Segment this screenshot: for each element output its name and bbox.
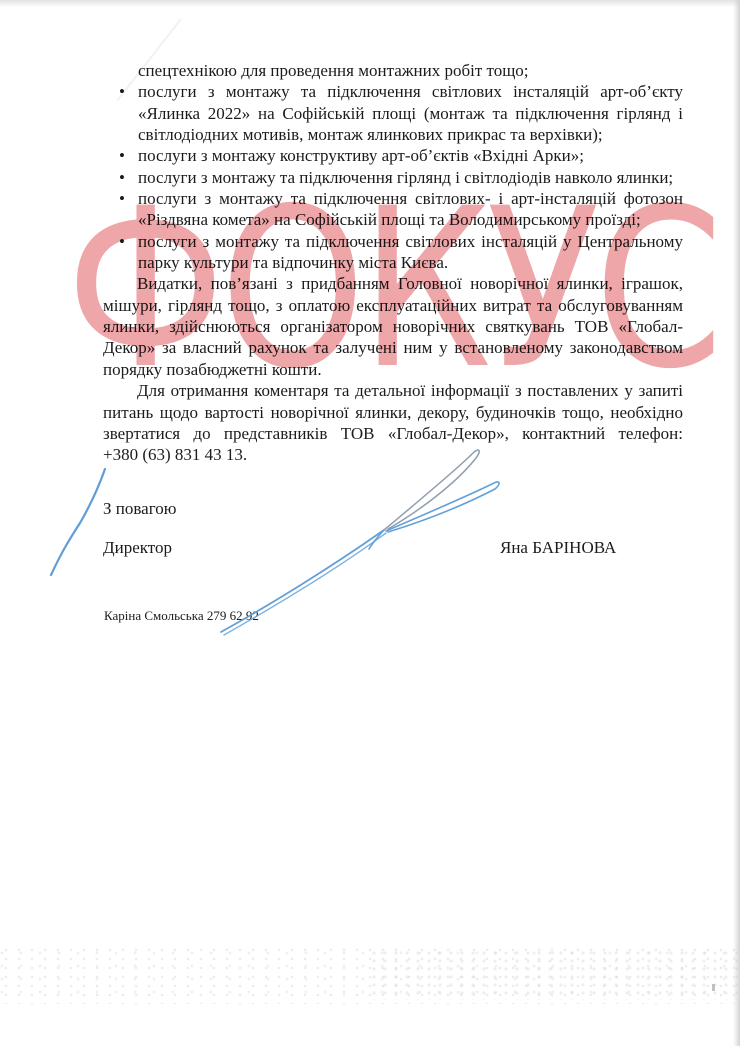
text-line: Декор» за власний рахунок та залучені ни… (103, 337, 683, 358)
text-line: +380 (63) 831 43 13. (103, 444, 683, 465)
bullet-line: •послуги з монтажу конструктиву арт-об’є… (103, 145, 683, 166)
bullet-marker: • (119, 81, 125, 102)
scan-edge-top (0, 0, 740, 7)
bullet-marker: • (119, 188, 125, 209)
bullet-line: •послуги з монтажу та підключення світло… (103, 188, 683, 209)
pen-stroke-left (51, 469, 105, 575)
bullet-line: •послуги з монтажу та підключення світло… (103, 81, 683, 102)
text-line: ялинки, здійснюються організатором новор… (103, 316, 683, 337)
signer-position-title: Директор (103, 538, 172, 557)
text-line: питань щодо вартості новорічної ялинки, … (103, 402, 683, 423)
contact-reference: Каріна Смольська 279 62 92 (104, 606, 259, 625)
text-line: мішури, гірлянд тощо, з оплатою експлуат… (103, 295, 683, 316)
text-line: Видатки, пов’язані з придбанням Головної… (103, 273, 683, 294)
bullet-marker: • (119, 231, 125, 252)
bullet-line: •послуги з монтажу та підключення світло… (103, 231, 683, 252)
document-page: спецтехнікою для проведення монтажних ро… (0, 0, 740, 1046)
closing-phrase: З повагою (103, 499, 176, 518)
text-line: порядку позабюджетні кошти. (103, 359, 683, 380)
letter-body-text: спецтехнікою для проведення монтажних ро… (103, 60, 683, 466)
signer-name: Яна БАРІНОВА (500, 538, 616, 557)
text-line: парку культури та відпочинку міста Києва… (103, 252, 683, 273)
text-line: світлодіодних мотивів, монтаж ялинкових … (103, 124, 683, 145)
scan-speck (712, 984, 715, 991)
scan-noise-band (370, 950, 740, 1000)
bullet-line: •послуги з монтажу та підключення гірлян… (103, 167, 683, 188)
text-line: Для отримання коментаря та детальної інф… (103, 380, 683, 401)
text-line: «Різдвяна комета» на Софійській площі та… (103, 209, 683, 230)
text-line: звертатися до представників ТОВ «Глобал-… (103, 423, 683, 444)
bullet-marker: • (119, 145, 125, 166)
scan-edge-right (733, 0, 740, 1046)
signature-stroke (386, 482, 499, 532)
text-line: «Ялинка 2022» на Софійській площі (монта… (103, 103, 683, 124)
text-line: спецтехнікою для проведення монтажних ро… (103, 60, 683, 81)
bullet-marker: • (119, 167, 125, 188)
signature-stroke (369, 531, 383, 549)
